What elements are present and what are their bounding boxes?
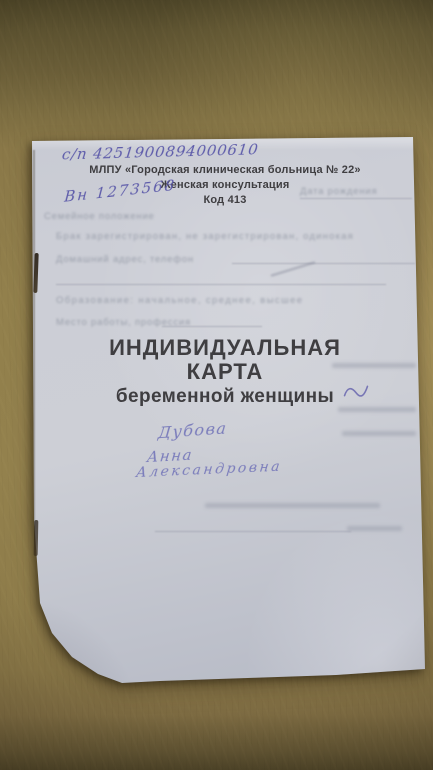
show-through-fragment — [342, 431, 416, 436]
show-through-marriage-line: Брак зарегистрирован, не зарегистрирован… — [56, 231, 354, 242]
card-title: ИНДИВИДУАЛЬНАЯ КАРТА беременной женщины — [33, 336, 417, 409]
show-through-underline — [232, 263, 415, 264]
org-name-line: МЛПУ «Городская клиническая больница № 2… — [33, 163, 417, 178]
staple-bottom — [34, 520, 39, 556]
show-through-education-label: Образование: начальное, среднее, высшее — [56, 295, 303, 306]
show-through-underline — [162, 326, 262, 327]
booklet-shadow-wrap: Дата рождения Семейное положение Брак за… — [0, 0, 433, 770]
handwritten-policy-number: с/п 4251900894000610 — [61, 140, 260, 163]
show-through-address-label: Домашний адрес, телефон — [56, 254, 194, 265]
spine-shadow-line — [33, 150, 35, 640]
show-through-marital-label: Семейное положение — [44, 211, 155, 222]
patient-surname: Дубова — [157, 418, 228, 442]
booklet-cover: Дата рождения Семейное положение Брак за… — [0, 0, 433, 770]
show-through-underline — [56, 284, 386, 285]
desk-photo: Дата рождения Семейное положение Брак за… — [0, 0, 433, 770]
card-title-line1: ИНДИВИДУАЛЬНАЯ — [33, 336, 417, 360]
card-title-line2: КАРТА — [33, 360, 417, 384]
show-through-fragment — [347, 526, 402, 531]
show-through-fragment — [205, 503, 380, 508]
show-through-underline — [155, 531, 351, 532]
